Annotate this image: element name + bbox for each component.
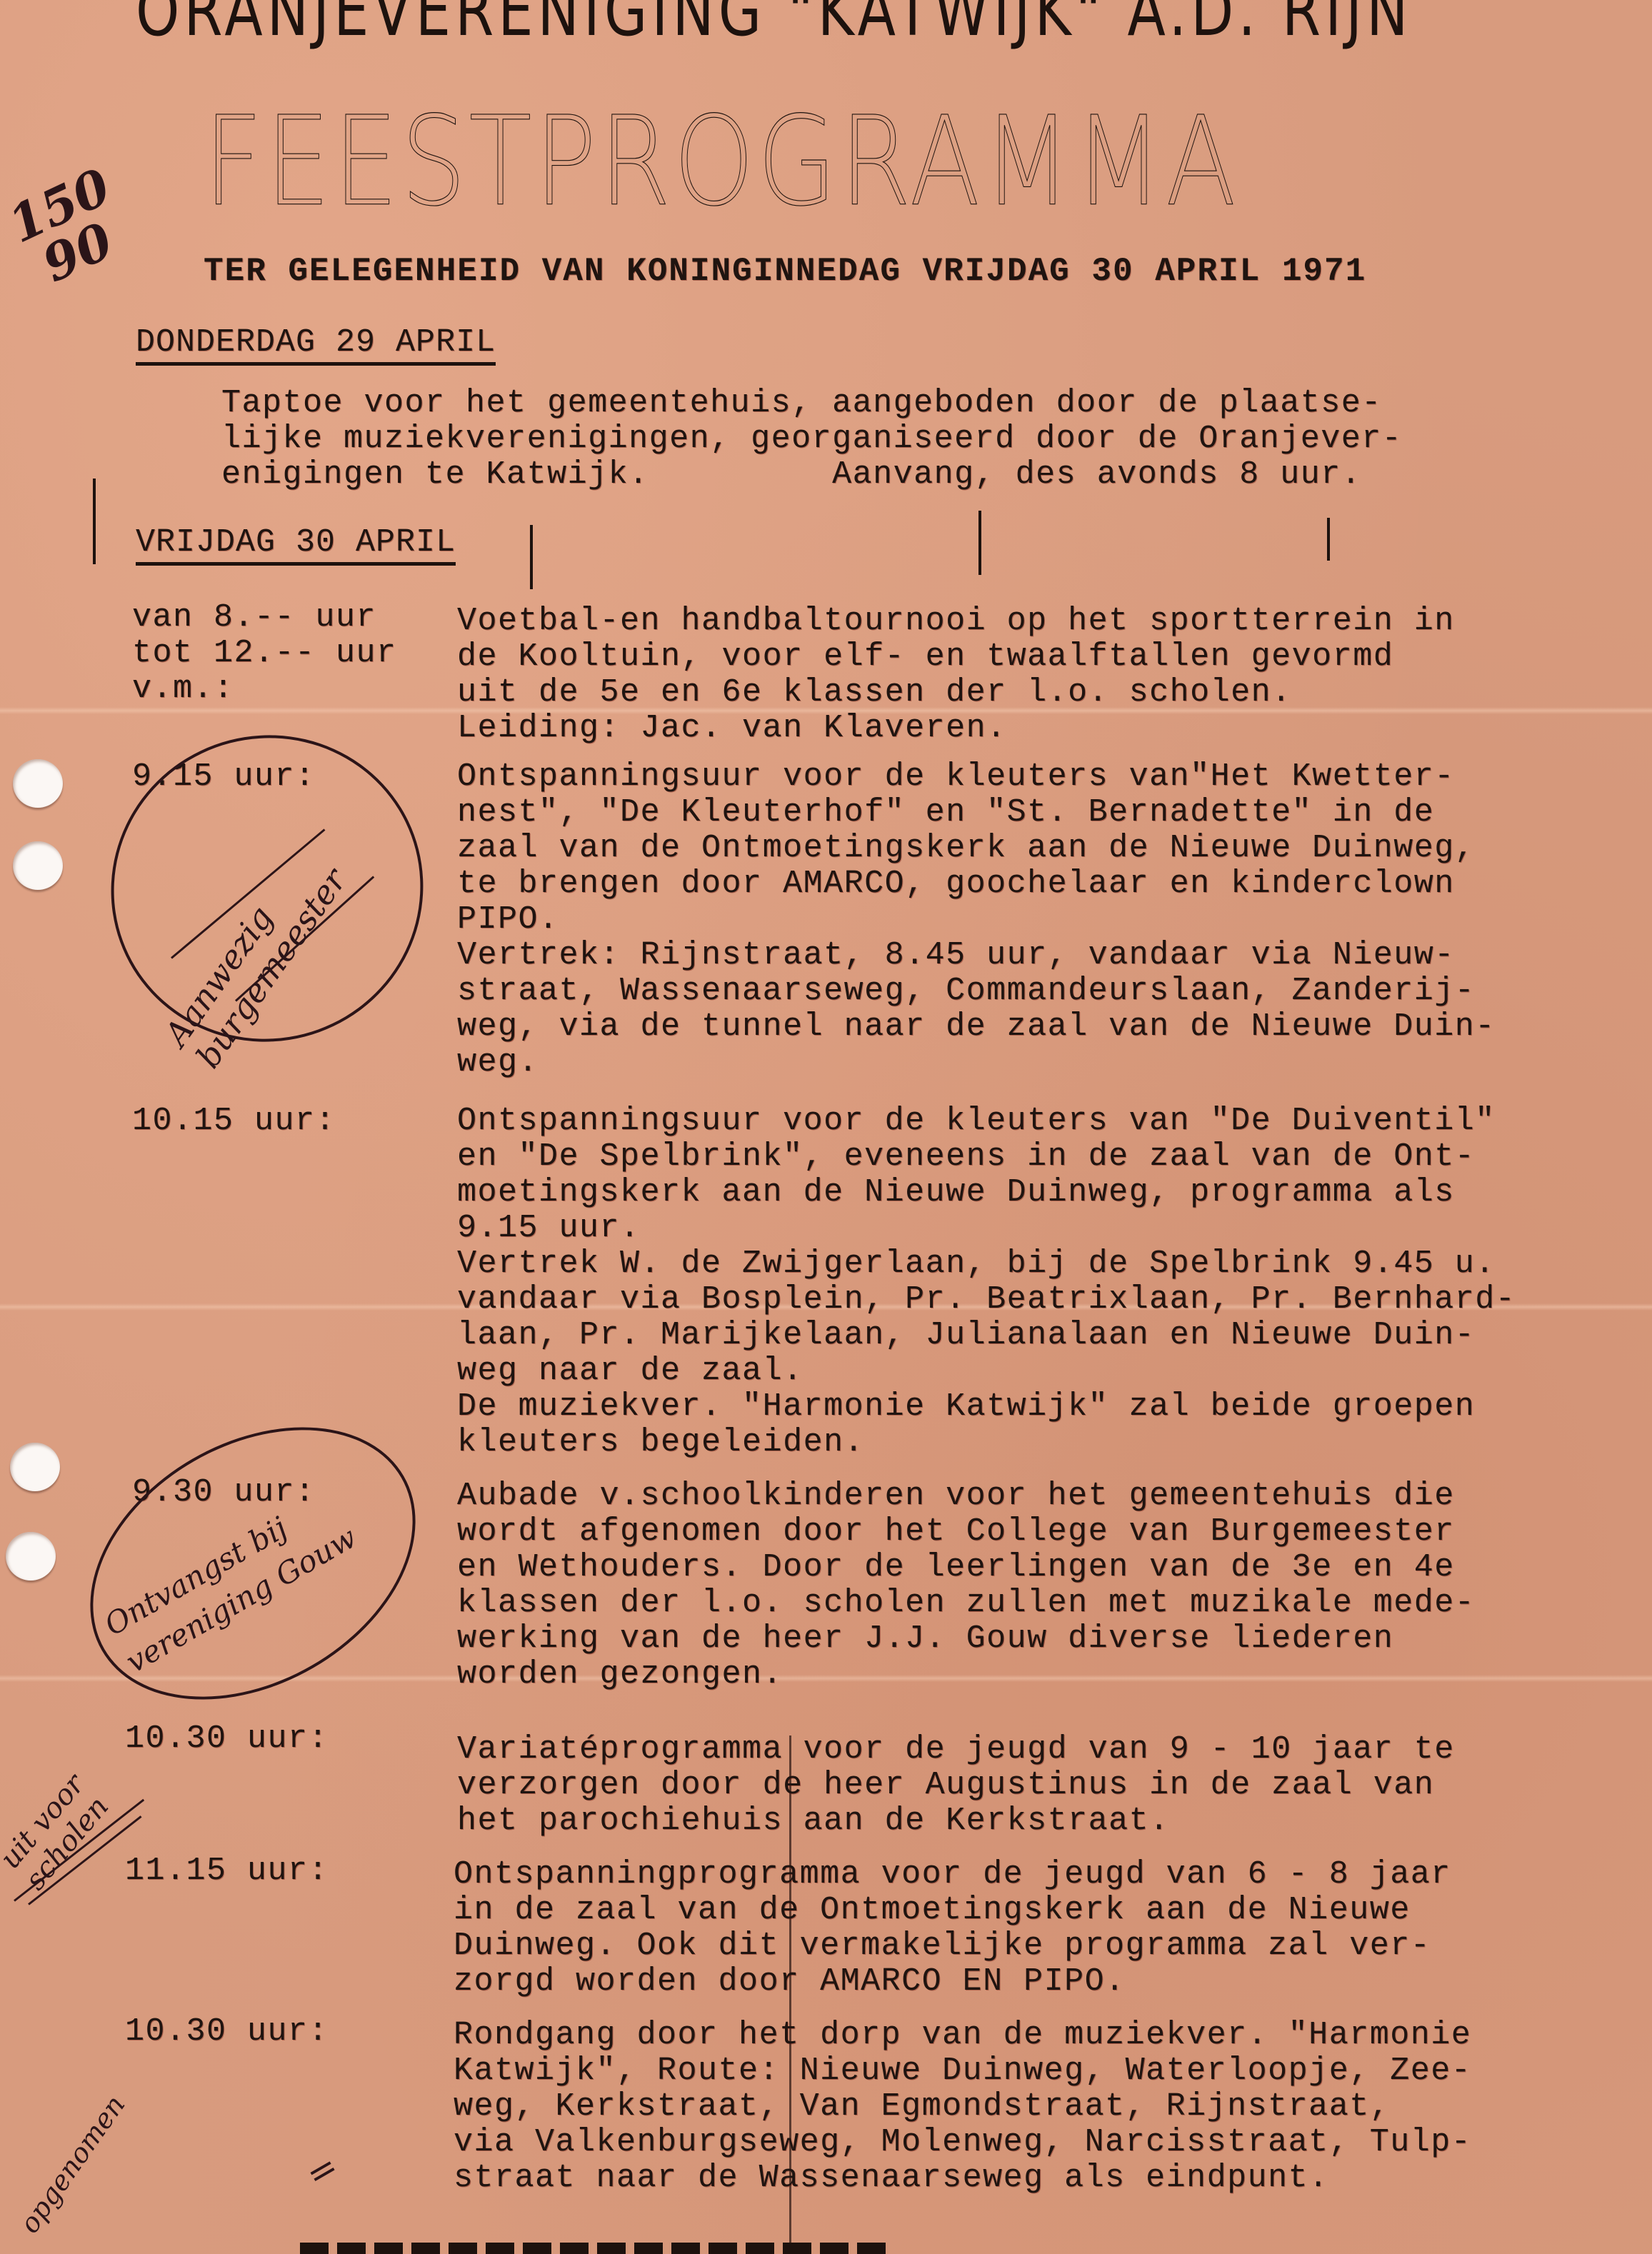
entry-time: 10.30 uur: xyxy=(125,1721,329,1757)
text-line: worden gezongen. xyxy=(457,1657,1475,1693)
handwritten-margin-note: 150 90 xyxy=(1,161,139,296)
text-line: en Wethouders. Door de leerlingen van de… xyxy=(457,1550,1475,1586)
text-line: verzorgen door de heer Augustinus in de … xyxy=(457,1768,1455,1803)
text-line: Ontspanningsuur voor de kleuters van"Het… xyxy=(457,759,1496,795)
handwritten-check-mark: = xyxy=(299,2145,345,2195)
organization-header: ORANJEVERENIGING "KATWIJK" A.D. RIJN xyxy=(136,0,1412,52)
punch-hole xyxy=(13,841,63,890)
text-line: Rondgang door het dorp van de muziekver.… xyxy=(454,2018,1471,2053)
text-line: Leiding: Jac. van Klaveren. xyxy=(457,711,1455,746)
text-line: Vertrek W. de Zwijgerlaan, bij de Spelbr… xyxy=(457,1246,1516,1282)
text-line: uit de 5e en 6e klassen der l.o. scholen… xyxy=(457,675,1455,711)
text-line: in de zaal van de Ontmoetingskerk aan de… xyxy=(454,1893,1451,1928)
text-line: weg naar de zaal. xyxy=(457,1353,1516,1389)
text-line: PIPO. xyxy=(457,902,1496,938)
truncated-text-line xyxy=(300,2243,886,2254)
text-line: Katwijk", Route: Nieuwe Duinweg, Waterlo… xyxy=(454,2053,1471,2089)
text-line: Vertrek: Rijnstraat, 8.45 uur, vandaar v… xyxy=(457,938,1496,973)
text-line: lijke muziekverenigingen, georganiseerd … xyxy=(221,421,1402,457)
text-line: Ontspanningprogramma voor de jeugd van 6… xyxy=(454,1857,1451,1893)
entry-description: Ontspanningprogramma voor de jeugd van 6… xyxy=(454,1857,1451,2000)
text-line: werking van de heer J.J. Gouw diverse li… xyxy=(457,1621,1475,1657)
time-line: 11.15 uur: xyxy=(125,1853,329,1889)
text-line: weg. xyxy=(457,1045,1496,1081)
text-line: wordt afgenomen door het College van Bur… xyxy=(457,1514,1475,1550)
text-line: nest", "De Kleuterhof" en "St. Bernadett… xyxy=(457,795,1496,831)
handwritten-annotation: opgenomen xyxy=(14,2092,129,2238)
text-line: weg, via de tunnel naar de zaal van de N… xyxy=(457,1009,1496,1045)
time-line: 10.15 uur: xyxy=(132,1103,336,1139)
pen-mark xyxy=(530,525,533,589)
text-line: het parochiehuis aan de Kerkstraat. xyxy=(457,1803,1455,1839)
text-line: klassen der l.o. scholen zullen met muzi… xyxy=(457,1586,1475,1621)
text-line: De muziekver. "Harmonie Katwijk" zal bei… xyxy=(457,1389,1516,1425)
text-line: moetingskerk aan de Nieuwe Duinweg, prog… xyxy=(457,1175,1516,1211)
text-line: Voetbal-en handbaltournooi op het sportt… xyxy=(457,603,1455,639)
day-heading-thursday: DONDERDAG 29 APRIL xyxy=(136,325,496,366)
text-line: vandaar via Bosplein, Pr. Beatrixlaan, P… xyxy=(457,1282,1516,1318)
text-line: straat, Wassenaarseweg, Commandeurslaan,… xyxy=(457,973,1496,1009)
subtitle: TER GELEGENHEID VAN KONINGINNEDAG VRIJDA… xyxy=(204,254,1366,289)
text-line: Duinweg. Ook dit vermakelijke programma … xyxy=(454,1928,1451,1964)
time-line: 10.30 uur: xyxy=(125,2014,329,2050)
text-line: en "De Spelbrink", eveneens in de zaal v… xyxy=(457,1139,1516,1175)
entry-time: van 8.-- uur tot 12.-- uur v.m.: xyxy=(132,600,397,707)
text-line: straat naar de Wassenaarseweg als eindpu… xyxy=(454,2160,1471,2196)
day-heading-friday: VRIJDAG 30 APRIL xyxy=(136,525,456,566)
entry-description: Voetbal-en handbaltournooi op het sportt… xyxy=(457,603,1455,746)
text-line: weg, Kerkstraat, Van Egmondstraat, Rijns… xyxy=(454,2089,1471,2125)
entry-description: Variatéprogramma voor de jeugd van 9 - 1… xyxy=(457,1732,1455,1839)
time-line: van 8.-- uur xyxy=(132,600,397,636)
entry-description: Ontspanningsuur voor de kleuters van"Het… xyxy=(457,759,1496,1081)
pen-mark xyxy=(1327,518,1330,561)
punch-hole xyxy=(6,1532,56,1581)
pen-mark xyxy=(978,511,981,575)
text-line: zaal van de Ontmoetingskerk aan de Nieuw… xyxy=(457,831,1496,866)
text-line: via Valkenburgseweg, Molenweg, Narcisstr… xyxy=(454,2125,1471,2160)
time-line: v.m.: xyxy=(132,671,397,707)
text-line: de Kooltuin, voor elf- en twaalftallen g… xyxy=(457,639,1455,675)
text-line: laan, Pr. Marijkelaan, Julianalaan en Ni… xyxy=(457,1318,1516,1353)
pen-mark xyxy=(93,479,96,564)
thursday-description: Taptoe voor het gemeentehuis, aangeboden… xyxy=(221,386,1402,493)
punch-hole xyxy=(13,759,63,808)
text-line: enigingen te Katwijk. Aanvang, des avond… xyxy=(221,457,1402,493)
text-line: kleuters begeleiden. xyxy=(457,1425,1516,1461)
entry-time: 10.15 uur: xyxy=(132,1103,336,1139)
time-line: 10.30 uur: xyxy=(125,1721,329,1757)
text-line: Ontspanningsuur voor de kleuters van "De… xyxy=(457,1103,1516,1139)
text-line: 9.15 uur. xyxy=(457,1211,1516,1246)
text-line: zorgd worden door AMARCO EN PIPO. xyxy=(454,1964,1451,2000)
entry-description: Ontspanningsuur voor de kleuters van "De… xyxy=(457,1103,1516,1461)
entry-description: Rondgang door het dorp van de muziekver.… xyxy=(454,2018,1471,2196)
page-title: FEESTPROGRAMMA xyxy=(204,96,1238,228)
punch-hole xyxy=(10,1443,60,1491)
entry-description: Aubade v.schoolkinderen voor het gemeent… xyxy=(457,1478,1475,1693)
text-line: Taptoe voor het gemeentehuis, aangeboden… xyxy=(221,386,1402,421)
text-line: te brengen door AMARCO, goochelaar en ki… xyxy=(457,866,1496,902)
entry-time: 10.30 uur: xyxy=(125,2014,329,2050)
text-line: Aubade v.schoolkinderen voor het gemeent… xyxy=(457,1478,1475,1514)
text-line: Variatéprogramma voor de jeugd van 9 - 1… xyxy=(457,1732,1455,1768)
entry-time: 11.15 uur: xyxy=(125,1853,329,1889)
time-line: tot 12.-- uur xyxy=(132,636,397,671)
